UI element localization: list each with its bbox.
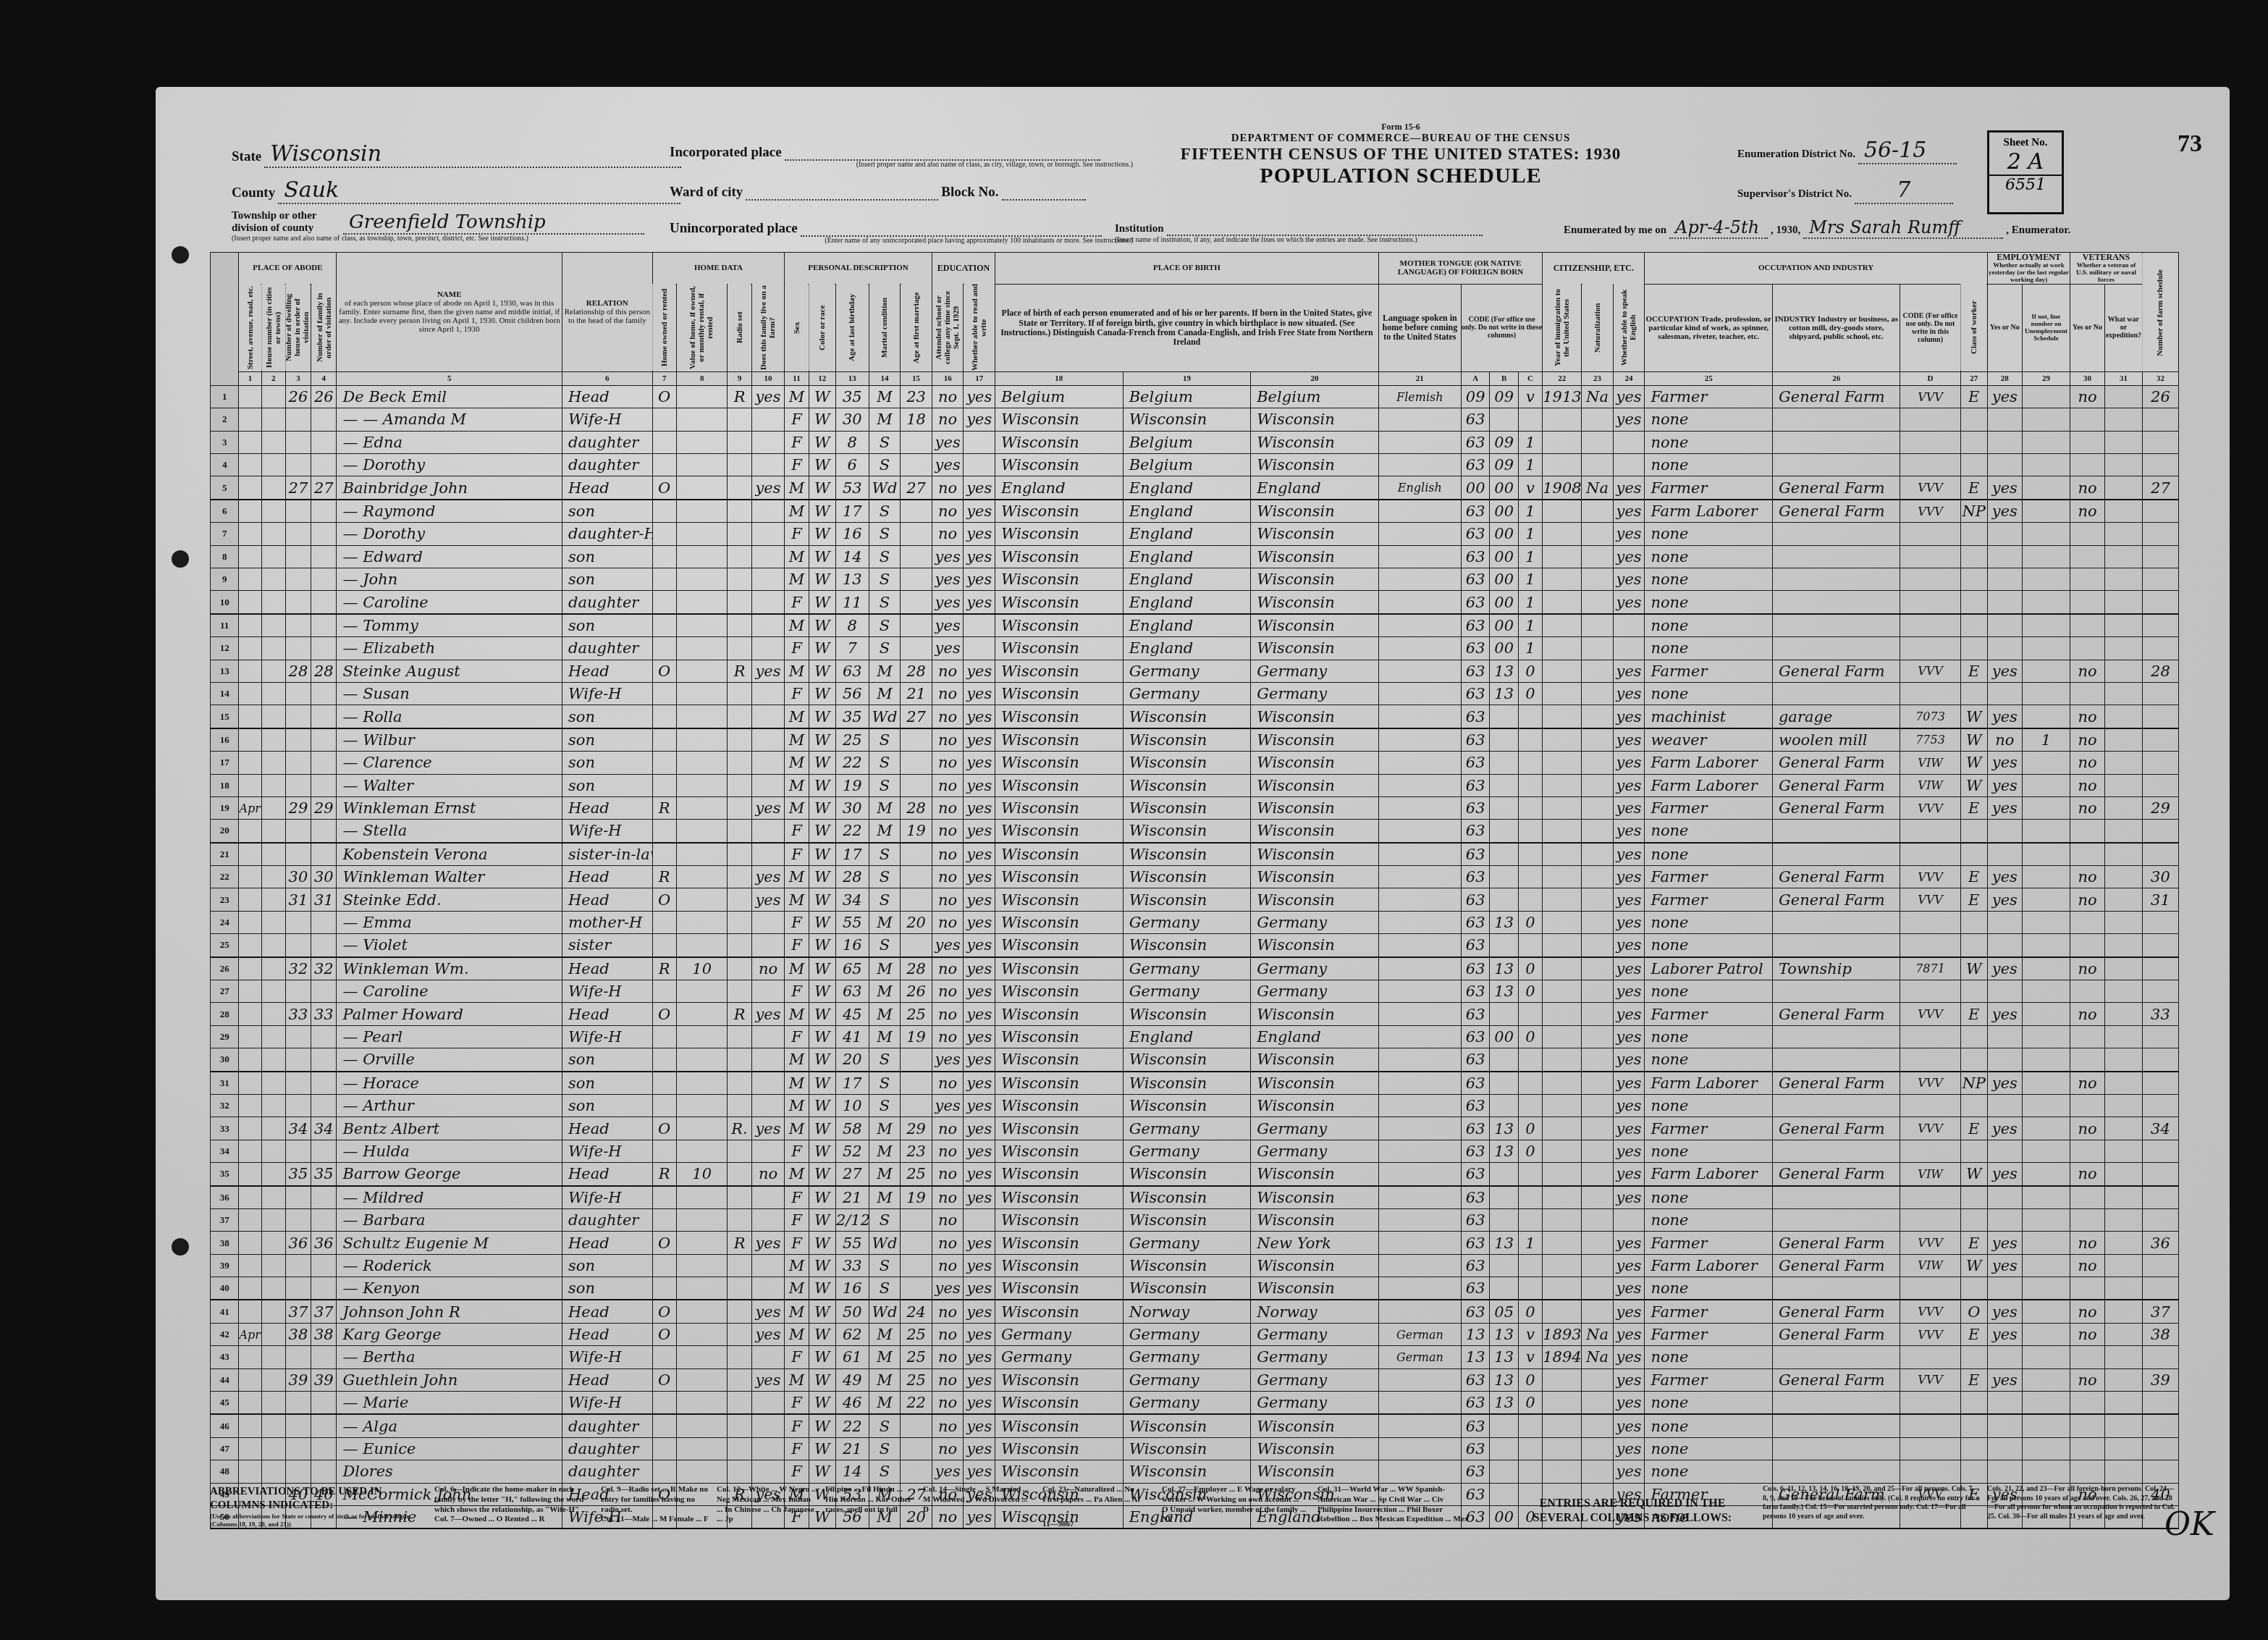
cell-name: — Dorothy (337, 523, 562, 545)
cell-mar: M (869, 980, 901, 1003)
cell-dw (285, 1437, 311, 1460)
cell-cls: E (1960, 1003, 1987, 1025)
cell-emp (1987, 1048, 2022, 1072)
cell-age: 52 (835, 1140, 869, 1162)
cell-sch: no (932, 1117, 964, 1140)
cell-b (1490, 705, 1518, 728)
cell-own (652, 1094, 676, 1117)
cell-fam (311, 1186, 337, 1209)
cell-code: VIW (1900, 752, 1960, 774)
cell-agem (901, 752, 932, 774)
cell-cls: E (1960, 866, 1987, 888)
column-number: 2 (261, 371, 285, 385)
cell-unemp (2022, 1072, 2070, 1095)
cell-bp: Wisconsin (995, 1072, 1124, 1095)
cell-ind: General Farm (1772, 1163, 1900, 1186)
cell-nat (1582, 614, 1614, 637)
cell-ind (1772, 637, 1900, 660)
group-abode: PLACE OF ABODE (239, 253, 337, 285)
cell-dw (285, 1025, 311, 1048)
cell-emp (1987, 980, 2022, 1003)
institution-field: Institution (Insert name of institution,… (1115, 221, 1564, 244)
cell-rel: Head (562, 385, 653, 408)
cell-imm (1543, 1025, 1582, 1048)
cell-bp: Wisconsin (995, 1232, 1124, 1254)
cell-name: Palmer Howard (337, 1003, 562, 1025)
cell-a: 63 (1461, 523, 1489, 545)
cell-cls: E (1960, 796, 1987, 819)
cell-lang (1378, 934, 1461, 957)
cell-name: Johnson John R (337, 1300, 562, 1323)
cell-radio (728, 431, 751, 453)
cell-fam (311, 705, 337, 728)
cell-rw: yes (964, 1346, 995, 1368)
cell-mar: M (869, 1346, 901, 1368)
cell-bpm: Wisconsin (1251, 614, 1379, 637)
col-13-header: Age at last birthday (835, 284, 869, 371)
cell-dw: 32 (285, 957, 311, 980)
cell-agem: 25 (901, 1323, 932, 1345)
cell-lang (1378, 796, 1461, 819)
cell-imm (1543, 500, 1582, 523)
cell-street (239, 637, 261, 660)
cell-race: W (809, 980, 835, 1003)
cell-b (1490, 1186, 1518, 1209)
cell-emp: yes (1987, 866, 2022, 888)
cell-agem: 19 (901, 1186, 932, 1209)
cell-unemp (2022, 934, 2070, 957)
cell-bpm: Wisconsin (1251, 1437, 1379, 1460)
cell-c: 0 (1518, 1140, 1542, 1162)
cell-val (676, 1186, 728, 1209)
cell-lang (1378, 591, 1461, 614)
cell-ind (1772, 682, 1900, 705)
cell-name: — Elizabeth (337, 637, 562, 660)
cell-vet: no (2070, 774, 2105, 796)
cell-age: 6 (835, 454, 869, 476)
cell-farm (751, 728, 785, 752)
cell-own (652, 705, 676, 728)
cell-emp (1987, 1140, 2022, 1162)
cell-war (2104, 385, 2142, 408)
state-value: Wisconsin (264, 141, 681, 168)
cell-fam (311, 1277, 337, 1300)
cell-nat (1582, 728, 1614, 752)
cell-code (1900, 820, 1960, 843)
cell-ln: 48 (211, 1460, 239, 1483)
population-table: PLACE OF ABODE NAMEof each person whose … (210, 252, 2179, 1529)
cell-a: 63 (1461, 1208, 1489, 1231)
cell-a: 63 (1461, 545, 1489, 568)
cell-ln: 31 (211, 1072, 239, 1095)
cell-dw: 29 (285, 796, 311, 819)
column-number: 10 (751, 371, 785, 385)
cell-farmno: 34 (2142, 1117, 2178, 1140)
cell-bp: Wisconsin (995, 705, 1124, 728)
cell-own: O (652, 385, 676, 408)
cell-dw: 38 (285, 1323, 311, 1345)
cell-house (261, 728, 285, 752)
cell-a: 63 (1461, 1025, 1489, 1048)
cell-eng: yes (1613, 728, 1645, 752)
table-row: 233131Steinke Edd.HeadOyesMW34SnoyesWisc… (211, 888, 2179, 911)
cell-nat (1582, 820, 1614, 843)
cell-farmno (2142, 705, 2178, 728)
cell-lang (1378, 820, 1461, 843)
incorporated-field: Incorporated place (Insert proper name a… (670, 145, 1133, 169)
cell-radio (728, 1163, 751, 1186)
cell-nat (1582, 934, 1614, 957)
cell-house (261, 682, 285, 705)
cell-agem (901, 1208, 932, 1231)
cell-own (652, 568, 676, 590)
cell-house (261, 843, 285, 866)
cell-nat: Na (1582, 1323, 1614, 1345)
cell-unemp (2022, 682, 2070, 705)
cell-emp (1987, 1186, 2022, 1209)
cell-c (1518, 796, 1542, 819)
cell-code (1900, 911, 1960, 933)
cell-unemp (2022, 1163, 2070, 1186)
cell-sex: F (785, 1140, 809, 1162)
group-relation: RELATIONRelationship of this person to t… (562, 253, 653, 372)
table-row: 2— — Amanda MWife-HFW30M18noyesWisconsin… (211, 408, 2179, 431)
enumerator-label: , Enumerator. (2006, 224, 2070, 236)
cell-val (676, 1094, 728, 1117)
cell-sex: M (785, 866, 809, 888)
cell-code: VVV (1900, 1003, 1960, 1025)
cell-street (239, 1140, 261, 1162)
cell-eng: yes (1613, 1003, 1645, 1025)
binder-hole (172, 550, 189, 568)
cell-agem (901, 866, 932, 888)
cell-bp: Wisconsin (995, 1117, 1124, 1140)
cell-fam: 38 (311, 1323, 337, 1345)
cell-lang (1378, 454, 1461, 476)
cell-name: — Hulda (337, 1140, 562, 1162)
cell-race: W (809, 1186, 835, 1209)
cell-sex: M (785, 1277, 809, 1300)
cell-ind (1772, 523, 1900, 545)
cell-ln: 43 (211, 1346, 239, 1368)
cell-unemp (2022, 1346, 2070, 1368)
cell-house (261, 820, 285, 843)
cell-emp (1987, 1025, 2022, 1048)
cell-val (676, 728, 728, 752)
column-number: 5 (337, 371, 562, 385)
cell-cls: E (1960, 888, 1987, 911)
cell-vet (2070, 820, 2105, 843)
cell-sch: yes (932, 545, 964, 568)
cell-ln: 2 (211, 408, 239, 431)
cell-occ: none (1645, 1437, 1773, 1460)
cell-eng: yes (1613, 660, 1645, 682)
cell-bpf: England (1123, 476, 1251, 500)
abbr-col27: Col. 27—Employer ... E Wage or salary wo… (1162, 1485, 1307, 1525)
cell-bpm: Wisconsin (1251, 1277, 1379, 1300)
cell-sex: F (785, 454, 809, 476)
cell-rw: yes (964, 1003, 995, 1025)
cell-bpf: England (1123, 637, 1251, 660)
cell-war (2104, 1072, 2142, 1095)
cell-rel: Wife-H (562, 820, 653, 843)
cell-c: 0 (1518, 980, 1542, 1003)
cell-name: — Tommy (337, 614, 562, 637)
cell-name: — Mildred (337, 1186, 562, 1209)
cell-farm (751, 820, 785, 843)
cell-agem: 24 (901, 1300, 932, 1323)
cell-bpm: Norway (1251, 1300, 1379, 1323)
cell-b: 00 (1490, 637, 1518, 660)
cell-agem (901, 568, 932, 590)
cell-house (261, 980, 285, 1003)
cell-age: 65 (835, 957, 869, 980)
cell-war (2104, 1437, 2142, 1460)
cell-b: 13 (1490, 1392, 1518, 1415)
cell-val (676, 1072, 728, 1095)
cell-emp (1987, 820, 2022, 843)
cell-rel: son (562, 545, 653, 568)
cell-street (239, 1025, 261, 1048)
cell-bpm: New York (1251, 1232, 1379, 1254)
cell-farm (751, 1140, 785, 1162)
county-label: County (232, 185, 275, 201)
cell-bpf: Germany (1123, 660, 1251, 682)
cell-occ: none (1645, 637, 1773, 660)
cell-name: — Eunice (337, 1437, 562, 1460)
cell-cls (1960, 911, 1987, 933)
cell-ind (1772, 1346, 1900, 1368)
cell-ind (1772, 1414, 1900, 1437)
cell-bpf: Germany (1123, 957, 1251, 980)
table-row: 42Apr 7th3838Karg GeorgeHeadOyesMW62M25n… (211, 1323, 2179, 1345)
binder-hole (172, 1238, 189, 1256)
cell-street (239, 385, 261, 408)
cell-vet (2070, 1140, 2105, 1162)
col-12-header: Color or race (809, 284, 835, 371)
cell-farm (751, 545, 785, 568)
cell-bpf: Germany (1123, 1117, 1251, 1140)
cell-war (2104, 476, 2142, 500)
cell-age: 62 (835, 1323, 869, 1345)
cell-emp: no (1987, 728, 2022, 752)
cell-name: — Clarence (337, 752, 562, 774)
cell-rel: Head (562, 1323, 653, 1345)
form-number: Form 15-6 (1129, 122, 1672, 133)
cell-nat (1582, 866, 1614, 888)
cell-emp (1987, 431, 2022, 453)
table-row: 24— Emmamother-HFW55M20noyesWisconsinGer… (211, 911, 2179, 933)
col-10-header: Does this family live on a farm? (751, 284, 785, 371)
column-number: 3 (285, 371, 311, 385)
cell-bp: Wisconsin (995, 1277, 1124, 1300)
cell-sex: F (785, 1232, 809, 1254)
cell-eng: yes (1613, 385, 1645, 408)
cell-mar: S (869, 614, 901, 637)
cell-bp: Wisconsin (995, 774, 1124, 796)
cell-cls: W (1960, 774, 1987, 796)
cell-a: 63 (1461, 1254, 1489, 1277)
cell-mar: S (869, 774, 901, 796)
cell-vet (2070, 1346, 2105, 1368)
cell-farmno (2142, 682, 2178, 705)
cell-occ: Farmer (1645, 385, 1773, 408)
cell-val: 10 (676, 1163, 728, 1186)
cell-eng: yes (1613, 888, 1645, 911)
cell-code: VIW (1900, 774, 1960, 796)
cell-occ: none (1645, 545, 1773, 568)
cell-agem: 25 (901, 1346, 932, 1368)
cell-war (2104, 1025, 2142, 1048)
cell-bp: Wisconsin (995, 1003, 1124, 1025)
cell-bpf: Wisconsin (1123, 843, 1251, 866)
cell-street (239, 820, 261, 843)
cell-sch: no (932, 796, 964, 819)
cell-sex: M (785, 660, 809, 682)
table-row: 52727Bainbridge JohnHeadOyesMW53Wd27noye… (211, 476, 2179, 500)
cell-sex: M (785, 1163, 809, 1186)
cell-house (261, 911, 285, 933)
cell-farm: yes (751, 888, 785, 911)
cell-ind: General Farm (1772, 752, 1900, 774)
cell-own (652, 934, 676, 957)
cell-rw: yes (964, 1437, 995, 1460)
cell-dw (285, 1140, 311, 1162)
cell-mar: S (869, 728, 901, 752)
cell-bpm: Wisconsin (1251, 1254, 1379, 1277)
cell-val (676, 752, 728, 774)
cell-age: 14 (835, 545, 869, 568)
cell-agem: 20 (901, 911, 932, 933)
cell-fam: 34 (311, 1117, 337, 1140)
cell-ind (1772, 1048, 1900, 1072)
cell-farm (751, 454, 785, 476)
cell-rel: daughter (562, 1460, 653, 1483)
cell-val (676, 820, 728, 843)
cell-race: W (809, 1323, 835, 1345)
cell-cls (1960, 1277, 1987, 1300)
cell-rw: yes (964, 1094, 995, 1117)
cell-lang: English (1378, 476, 1461, 500)
block-label: Block No. (941, 185, 998, 200)
enumeration-field: Enumerated by me on Apr-4-5th , 1930, Mr… (1564, 217, 2070, 239)
cell-rel: son (562, 500, 653, 523)
cell-bpm: Wisconsin (1251, 1414, 1379, 1437)
cell-own (652, 1048, 676, 1072)
cell-farmno (2142, 454, 2178, 476)
cell-race: W (809, 1048, 835, 1072)
cell-occ: machinist (1645, 705, 1773, 728)
group-personal: PERSONAL DESCRIPTION (785, 253, 932, 285)
cell-street (239, 774, 261, 796)
cell-occ: none (1645, 843, 1773, 866)
cell-eng: yes (1613, 1254, 1645, 1277)
cell-vet: no (2070, 957, 2105, 980)
cell-ln: 41 (211, 1300, 239, 1323)
cell-mar: M (869, 408, 901, 431)
cell-fam: 36 (311, 1232, 337, 1254)
cell-vet: no (2070, 1368, 2105, 1391)
cell-agem (901, 545, 932, 568)
cell-bpf: England (1123, 545, 1251, 568)
cell-age: 41 (835, 1025, 869, 1048)
cell-farmno (2142, 1437, 2178, 1460)
cell-war (2104, 1186, 2142, 1209)
cell-fam (311, 431, 337, 453)
cell-rel: daughter (562, 1437, 653, 1460)
cell-nat (1582, 1300, 1614, 1323)
cell-val (676, 1437, 728, 1460)
cell-bpm: Wisconsin (1251, 637, 1379, 660)
cell-imm (1543, 431, 1582, 453)
cell-occ: none (1645, 1094, 1773, 1117)
cell-own (652, 591, 676, 614)
group-veterans: VETERANSWhether a veteran of U.S. milita… (2070, 253, 2143, 285)
cell-war (2104, 752, 2142, 774)
cell-rw: yes (964, 408, 995, 431)
cell-lang (1378, 614, 1461, 637)
cell-rel: Head (562, 1232, 653, 1254)
cell-name: — Horace (337, 1072, 562, 1095)
cell-imm (1543, 1414, 1582, 1437)
table-row: 32— ArthursonMW10SyesyesWisconsinWiscons… (211, 1094, 2179, 1117)
cell-name: — Wilbur (337, 728, 562, 752)
cell-unemp (2022, 637, 2070, 660)
cell-vet: no (2070, 705, 2105, 728)
cell-rel: son (562, 1277, 653, 1300)
cell-nat (1582, 752, 1614, 774)
cell-own (652, 980, 676, 1003)
cell-a: 63 (1461, 682, 1489, 705)
cell-bpm: Wisconsin (1251, 1094, 1379, 1117)
cell-mar: Wd (869, 705, 901, 728)
cell-eng: yes (1613, 1323, 1645, 1345)
cell-farmno (2142, 1414, 2178, 1437)
cell-ln: 19 (211, 796, 239, 819)
cell-radio (728, 820, 751, 843)
cell-house (261, 752, 285, 774)
cell-bpm: Wisconsin (1251, 728, 1379, 752)
cell-eng: yes (1613, 1437, 1645, 1460)
cell-imm (1543, 1460, 1582, 1483)
table-row: 283333Palmer HowardHeadORyesMW45M25noyes… (211, 1003, 2179, 1025)
cell-imm (1543, 454, 1582, 476)
cell-imm (1543, 705, 1582, 728)
cell-occ: none (1645, 1392, 1773, 1415)
cell-ln: 47 (211, 1437, 239, 1460)
cell-name: — Marie (337, 1392, 562, 1415)
cell-nat (1582, 591, 1614, 614)
cell-mar: S (869, 1208, 901, 1231)
cell-sex: M (785, 957, 809, 980)
cell-dw: 30 (285, 866, 311, 888)
cell-farm: yes (751, 1117, 785, 1140)
cell-unemp (2022, 1277, 2070, 1300)
cell-dw (285, 1072, 311, 1095)
cell-bpf: Germany (1123, 1140, 1251, 1162)
cell-bpf: Wisconsin (1123, 1003, 1251, 1025)
cell-race: W (809, 1094, 835, 1117)
cell-b: 09 (1490, 454, 1518, 476)
cell-radio (728, 1323, 751, 1345)
cell-fam: 27 (311, 476, 337, 500)
cell-a: 63 (1461, 1094, 1489, 1117)
cell-c (1518, 1072, 1542, 1095)
cell-agem (901, 888, 932, 911)
cell-c (1518, 866, 1542, 888)
cell-sch: no (932, 1163, 964, 1186)
cell-lang (1378, 1208, 1461, 1231)
